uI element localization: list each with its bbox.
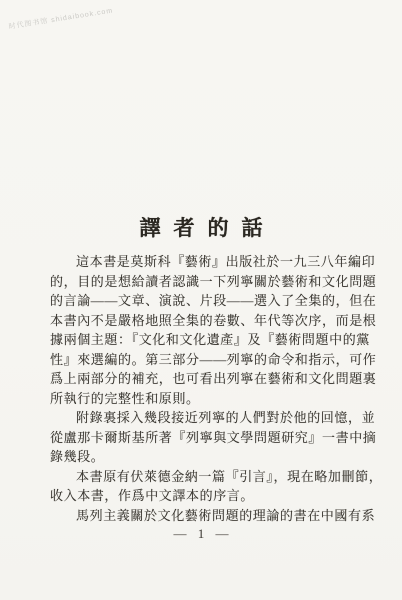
chapter-title: 譯者的話 (0, 212, 402, 242)
text-line: 本書內不是嚴格地照全集的卷數、年代等次序，而是根 (50, 311, 366, 331)
body-text: 這本書是莫斯科『藝術』出版社於一九三八年編印的，目的是想給讀者認識一下列寧關於藝… (50, 252, 366, 525)
text-line: 本書原有伏萊德金納一篇『引言』，現在略加刪節， (50, 467, 366, 487)
page-number: — 1 — (0, 526, 402, 542)
text-line: 這本書是莫斯科『藝術』出版社於一九三八年編印 (50, 252, 366, 272)
text-line: 的言論——文章、演說、片段——選入了全集的，但在 (50, 291, 366, 311)
text-line: 錄幾段。 (50, 447, 366, 467)
text-line: 所執行的完整性和原則。 (50, 389, 366, 409)
book-page: 时代图书馆 shidaibook.com 譯者的話 這本書是莫斯科『藝術』出版社… (0, 0, 402, 600)
text-line: 爲上兩部分的補充，也可看出列寧在藝術和文化問題裏 (50, 369, 366, 389)
text-line: 馬列主義關於文化藝術問題的理論的書在中國有系 (50, 506, 366, 526)
text-line: 附錄裏採入幾段接近列寧的人們對於他的回憶，並 (50, 408, 366, 428)
text-line: 收入本書，作爲中文譯本的序言。 (50, 486, 366, 506)
text-line: 從盧那卡爾斯基所著『列寧與文學問題研究』一書中摘 (50, 428, 366, 448)
text-line: 的，目的是想給讀者認識一下列寧關於藝術和文化問題 (50, 272, 366, 292)
text-line: 性』來選編的。第三部分——列寧的命令和指示，可作 (50, 350, 366, 370)
text-line: 據兩個主題：『文化和文化遺產』及『藝術問題中的黨 (50, 330, 366, 350)
library-watermark: 时代图书馆 shidaibook.com (8, 5, 114, 31)
